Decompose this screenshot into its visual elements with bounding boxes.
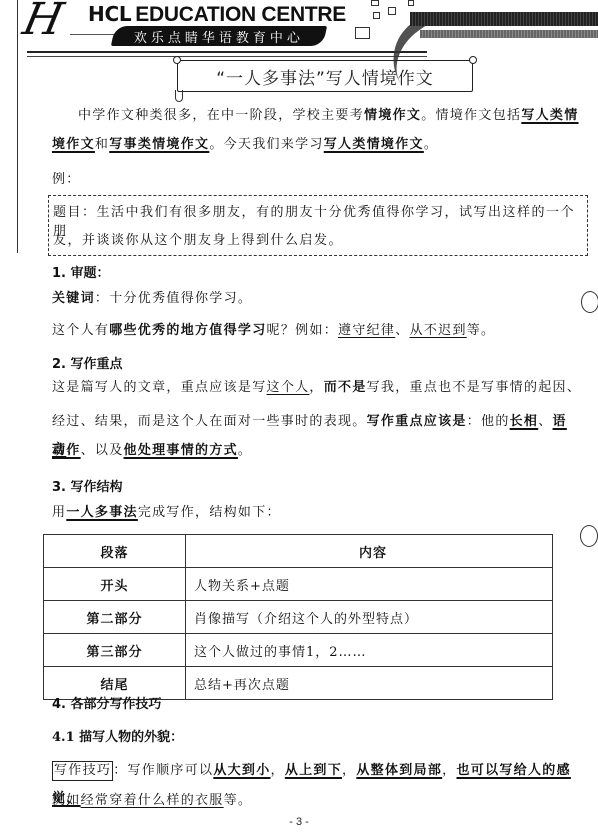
text: 、 [395,323,409,338]
square-decoration [355,27,370,39]
structure-table: 段落 内容 开头 人物关系+点题 第二部分 肖像描写（介绍这个人的外型特点） 第… [43,534,553,700]
emphasis-underlined: 写人类情境作文 [324,137,424,152]
section-2-line-1: 这是篇写人的文章，重点应该是写这个人，而不是写我，重点也不是写事情的起因、 [52,374,587,402]
table-header-cell: 段落 [44,535,186,568]
section-3-heading: 3. 写作结构 [52,476,123,495]
square-decoration [373,12,380,19]
header-rule-thin [27,56,427,57]
example-line-2: 友，并谈谈你从这个朋友身上得到什么启发。 [53,229,343,248]
text: 用 [52,505,66,520]
left-margin-rule [17,0,18,253]
emphasis-underlined: 境作文 [52,137,95,152]
table-row: 开头 人物关系+点题 [44,568,553,601]
underlined: 从不迟到 [410,323,467,338]
text: 。今天我们来学习 [209,137,323,152]
table-row: 第二部分 肖像描写（介绍这个人的外型特点） [44,601,553,634]
brand-chinese-text: 欢乐点睛华语教育中心 [134,27,304,46]
text: 写我，重点也不是写事情的起因、 [367,380,582,395]
page-number: - 3 - [0,816,598,828]
tip-line-2: 例如经常穿着什么样的衣服等。 [52,787,587,815]
section-2-line-3: 动作、以及他处理事情的方式。 [52,437,587,465]
table-cell-content: 总结+再次点题 [186,667,553,700]
brand-chinese-banner: 欢乐点睛华语教育中心 [111,26,327,46]
header-band-decoration-light [420,30,598,38]
brand-name: HCLEDUCATION CENTRE [88,2,346,27]
underlined: 这个人 [267,380,310,395]
emphasis-underlined: 他处理事情的方式 [124,443,238,458]
intro-paragraph-line2: 境作文和写事类情境作文。今天我们来学习写人类情境作文。 [52,131,587,159]
page-title: “一人多事法”写人情境作文 [216,64,434,89]
square-decoration [371,0,379,6]
text: 。 [424,137,438,152]
table-row: 第三部分 这个人做过的事情1，2…… [44,634,553,667]
emphasis: 情境作文 [364,108,421,123]
text: 等。 [467,323,496,338]
section-1-heading: 1. 审题： [52,262,110,281]
text: 。情境作文包括 [421,108,521,123]
title-scroll-banner: “一人多事法”写人情境作文 [177,60,473,92]
text: 这个人有 [52,323,109,338]
text: ， [271,763,285,778]
text: ， [342,763,356,778]
section-2-heading: 2. 写作重点 [52,353,123,372]
text: ：他的 [467,414,510,429]
emphasis-underlined: 从上到下 [285,763,342,778]
scroll-curl-decoration [175,90,183,102]
emphasis: 哪些优秀的地方值得学习 [109,323,266,338]
brand-prefix: HCL [88,2,131,26]
section-4-1-heading: 4.1 描写人物的外貌： [52,726,183,745]
emphasis-underlined: 写人类情 [521,108,578,123]
brand-title: EDUCATION CENTRE [135,3,346,26]
text: 经过、结果，而是这个人在面对一些事时的表现。 [52,414,367,429]
question-line: 这个人有哪些优秀的地方值得学习呢？例如：遵守纪律、从不迟到等。 [52,317,587,345]
underlined: 遵守纪律 [338,323,395,338]
text: 、以及 [81,443,124,458]
structure-intro: 用一人多事法完成写作，结构如下： [52,499,587,527]
table-header-row: 段落 内容 [44,535,553,568]
logo-script-letter: H [19,0,62,45]
text: 这是篇写人的文章，重点应该是写 [52,380,267,395]
table-cell-content: 肖像描写（介绍这个人的外型特点） [186,601,553,634]
text: 等。 [224,793,253,808]
text: ：写作顺序可以 [113,763,213,778]
square-decoration [388,7,396,15]
emphasis: 写作重点应该是 [367,414,467,429]
text: ， [309,380,323,395]
emphasis-underlined: 写事类情境作文 [109,137,209,152]
header-band-decoration [410,12,598,26]
example-label: 例： [52,166,587,194]
header-rule [27,51,427,53]
keyword-label: 关键词 [52,291,95,306]
tip-label-box: 写作技巧 [52,761,113,781]
example-prompt-box: 题目：生活中我们有很多朋友，有的朋友十分优秀值得你学习，试写出这样的一个朋 友，… [48,195,588,256]
section-4-heading: 4. 各部分写作技巧 [52,693,162,712]
emphasis-underlined: 一人多事法 [66,505,138,520]
table-cell-paragraph: 第二部分 [44,601,186,634]
table-cell-paragraph: 开头 [44,568,186,601]
emphasis-underlined: 从大到小 [213,763,270,778]
square-decoration [408,0,414,6]
table-header-cell: 内容 [186,535,553,568]
table-cell-content: 这个人做过的事情1，2…… [186,634,553,667]
text: ， [442,763,456,778]
text: 例如 [52,793,81,808]
text: 中学作文种类很多，在中一阶段，学校主要考 [78,108,364,123]
text: 。 [238,443,252,458]
text: 完成写作，结构如下： [138,505,281,520]
emphasis-underlined: 长相 [510,414,539,429]
table-cell-paragraph: 第三部分 [44,634,186,667]
punch-hole-icon [581,291,598,313]
keyword-text: ：十分优秀值得你学习。 [95,291,252,306]
text: 、 [538,414,552,429]
punch-hole-icon [580,525,598,547]
emphasis-underlined: 从整体到局部 [356,763,442,778]
keyword-line: 关键词：十分优秀值得你学习。 [52,285,587,313]
table-cell-content: 人物关系+点题 [186,568,553,601]
emphasis-underlined: 动作 [52,443,81,458]
underlined: 经常穿着什么样的衣服 [81,793,224,808]
emphasis: 而不是 [324,380,367,395]
intro-paragraph: 中学作文种类很多，在中一阶段，学校主要考情境作文。情境作文包括写人类情 [52,102,587,130]
logo-underline [70,34,115,35]
text: 呢？例如： [267,323,339,338]
text: 和 [95,137,109,152]
